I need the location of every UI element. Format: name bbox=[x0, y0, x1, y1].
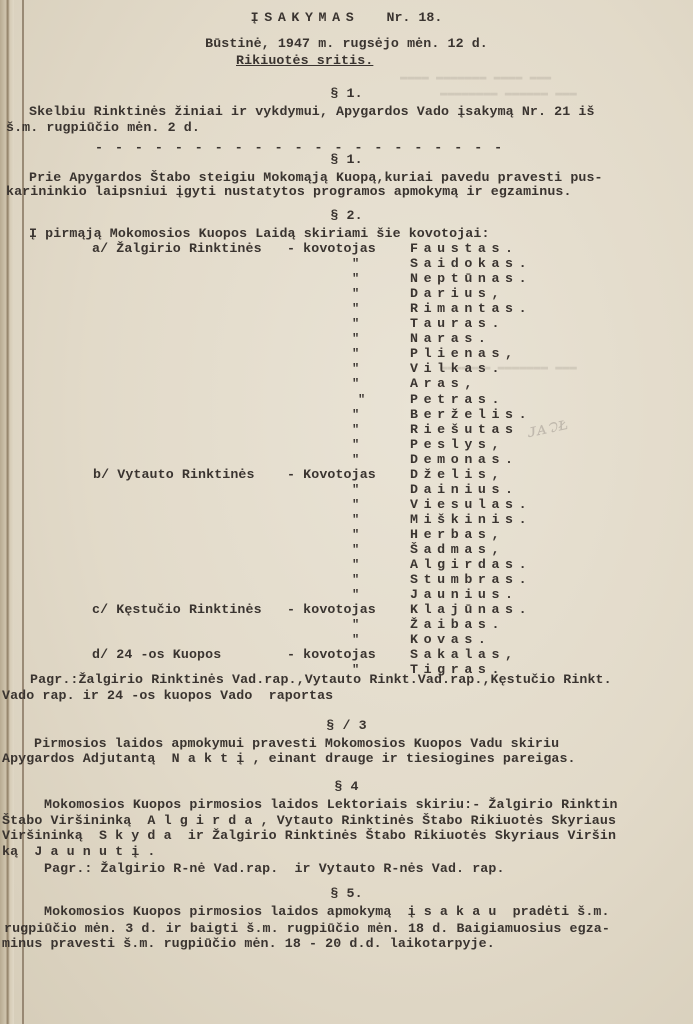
roster-name: Vilkas. bbox=[410, 361, 505, 376]
section-heading: § 1. bbox=[0, 86, 693, 101]
section-heading: § 2. bbox=[0, 208, 693, 223]
roster-name: Dželis, bbox=[410, 467, 505, 482]
section-intro: Į pirmąją Mokomosios Kuopos Laidą skiria… bbox=[29, 226, 490, 241]
ditto-mark: " bbox=[352, 408, 359, 422]
ditto-mark: " bbox=[352, 332, 359, 346]
ditto-mark: " bbox=[352, 423, 359, 437]
roster-name: Riešutas bbox=[410, 422, 519, 437]
roster-name: Šadmas, bbox=[410, 542, 505, 557]
ditto-mark: " bbox=[352, 257, 359, 271]
document-subtitle: Rikiuotės sritis. bbox=[236, 53, 373, 68]
roster-name: Plienas, bbox=[410, 346, 519, 361]
ditto-mark: " bbox=[352, 528, 359, 542]
basis-text: Pagr.: Žalgirio R-nė Vad.rap. ir Vytauto… bbox=[44, 861, 505, 876]
document-title: ĮSAKYMAS Nr. 18. bbox=[0, 10, 693, 25]
ditto-mark: " bbox=[352, 588, 359, 602]
roster-name: Demonas. bbox=[410, 452, 519, 467]
roster-name: Sakalas, bbox=[410, 647, 519, 662]
roster-name: Klajūnas. bbox=[410, 602, 532, 617]
roster-name: Saidokas. bbox=[410, 256, 532, 271]
section-text: Apygardos Adjutantą N a k t į , einant d… bbox=[2, 751, 576, 766]
section-text: Štabo Viršininką A l g i r d a , Vytauto… bbox=[2, 813, 616, 828]
roster-name: Aras, bbox=[410, 376, 478, 391]
roster-role: - kovotojas bbox=[287, 602, 376, 617]
roster-name: Jaunius. bbox=[410, 587, 519, 602]
roster-group-label: a/ Žalgirio Rinktinės bbox=[92, 241, 262, 256]
section-heading: § 1. bbox=[0, 152, 693, 167]
roster-name: Dainius. bbox=[410, 482, 519, 497]
ditto-mark: " bbox=[352, 438, 359, 452]
roster-role: - kovotojas bbox=[287, 647, 376, 662]
roster-name: Stumbras. bbox=[410, 572, 532, 587]
roster-name: Miškinis. bbox=[410, 512, 532, 527]
roster-name: Faustas. bbox=[410, 241, 519, 256]
roster-name: Rimantas. bbox=[410, 301, 532, 316]
roster-name: Petras. bbox=[410, 392, 505, 407]
ditto-mark: " bbox=[352, 347, 359, 361]
ditto-mark: " bbox=[352, 302, 359, 316]
ditto-mark: " bbox=[352, 287, 359, 301]
section-text: Mokomosios Kuopos pirmosios laidos Lekto… bbox=[44, 797, 618, 812]
roster-group-label: d/ 24 -os Kuopos bbox=[92, 647, 221, 662]
section-text: Viršininką S k y d a ir Žalgirio Rinktin… bbox=[2, 828, 616, 843]
basis-text: Pagr.:Žalgirio Rinktinės Vad.rap.,Vytaut… bbox=[30, 672, 612, 687]
roster-role: - kovotojas bbox=[287, 241, 376, 256]
ditto-mark: " bbox=[352, 483, 359, 497]
ditto-mark: " bbox=[352, 513, 359, 527]
ditto-mark: " bbox=[352, 573, 359, 587]
ditto-mark: " bbox=[352, 377, 359, 391]
basis-text: Vado rap. ir 24 -os kuopos Vado raportas bbox=[2, 688, 333, 703]
ditto-mark: " bbox=[358, 393, 365, 407]
ditto-mark: " bbox=[352, 362, 359, 376]
ditto-mark: " bbox=[352, 317, 359, 331]
roster-name: Berželis. bbox=[410, 407, 532, 422]
ditto-mark: " bbox=[352, 618, 359, 632]
section-heading: § 5. bbox=[0, 886, 693, 901]
section-text: karininkio laipsniui įgyti nustatytos pr… bbox=[6, 184, 572, 199]
section-text: Skelbiu Rinktinės žiniai ir vykdymui, Ap… bbox=[29, 104, 595, 119]
place-date: Būstinė, 1947 m. rugsėjo mėn. 12 d. bbox=[0, 36, 693, 51]
section-text: š.m. rugpiūčio mėn. 2 d. bbox=[6, 120, 200, 135]
section-text: Prie Apygardos Štabo steigiu Mokomąją Ku… bbox=[29, 170, 603, 185]
section-text: Mokomosios Kuopos pirmosios laidos apmok… bbox=[44, 904, 610, 919]
bleed-through-text: ▬▬▬▬ ▬▬▬▬▬▬▬ ▬▬▬▬ ▬▬▬ bbox=[400, 70, 551, 84]
ditto-mark: " bbox=[352, 453, 359, 467]
roster-name: Kovas. bbox=[410, 632, 491, 647]
section-text: Pirmosios laidos apmokymui pravesti Moko… bbox=[34, 736, 559, 751]
section-heading: § / 3 bbox=[0, 718, 693, 733]
roster-name: Žaibas. bbox=[410, 617, 505, 632]
ditto-mark: " bbox=[352, 543, 359, 557]
ditto-mark: " bbox=[352, 498, 359, 512]
section-text: minus pravesti š.m. rugpiūčio mėn. 18 - … bbox=[2, 936, 495, 951]
roster-name: Herbas, bbox=[410, 527, 505, 542]
roster-group-label: b/ Vytauto Rinktinės bbox=[93, 467, 255, 482]
roster-role: - Kovotojas bbox=[287, 467, 376, 482]
roster-name: Tauras. bbox=[410, 316, 505, 331]
roster-name: Neptūnas. bbox=[410, 271, 532, 286]
roster-name: Peslys, bbox=[410, 437, 505, 452]
roster-name: Algirdas. bbox=[410, 557, 532, 572]
roster-name: Naras. bbox=[410, 331, 491, 346]
section-text: ką J a u n u t į . bbox=[2, 844, 156, 859]
ditto-mark: " bbox=[352, 633, 359, 647]
roster-group-label: c/ Kęstučio Rinktinės bbox=[92, 602, 262, 617]
section-text: rugpiūčio mėn. 3 d. ir baigti š.m. rugpi… bbox=[4, 921, 610, 936]
ditto-mark: " bbox=[352, 272, 359, 286]
roster-name: Viesulas. bbox=[410, 497, 532, 512]
section-heading: § 4 bbox=[0, 779, 693, 794]
ditto-mark: " bbox=[352, 558, 359, 572]
roster-name: Darius, bbox=[410, 286, 505, 301]
